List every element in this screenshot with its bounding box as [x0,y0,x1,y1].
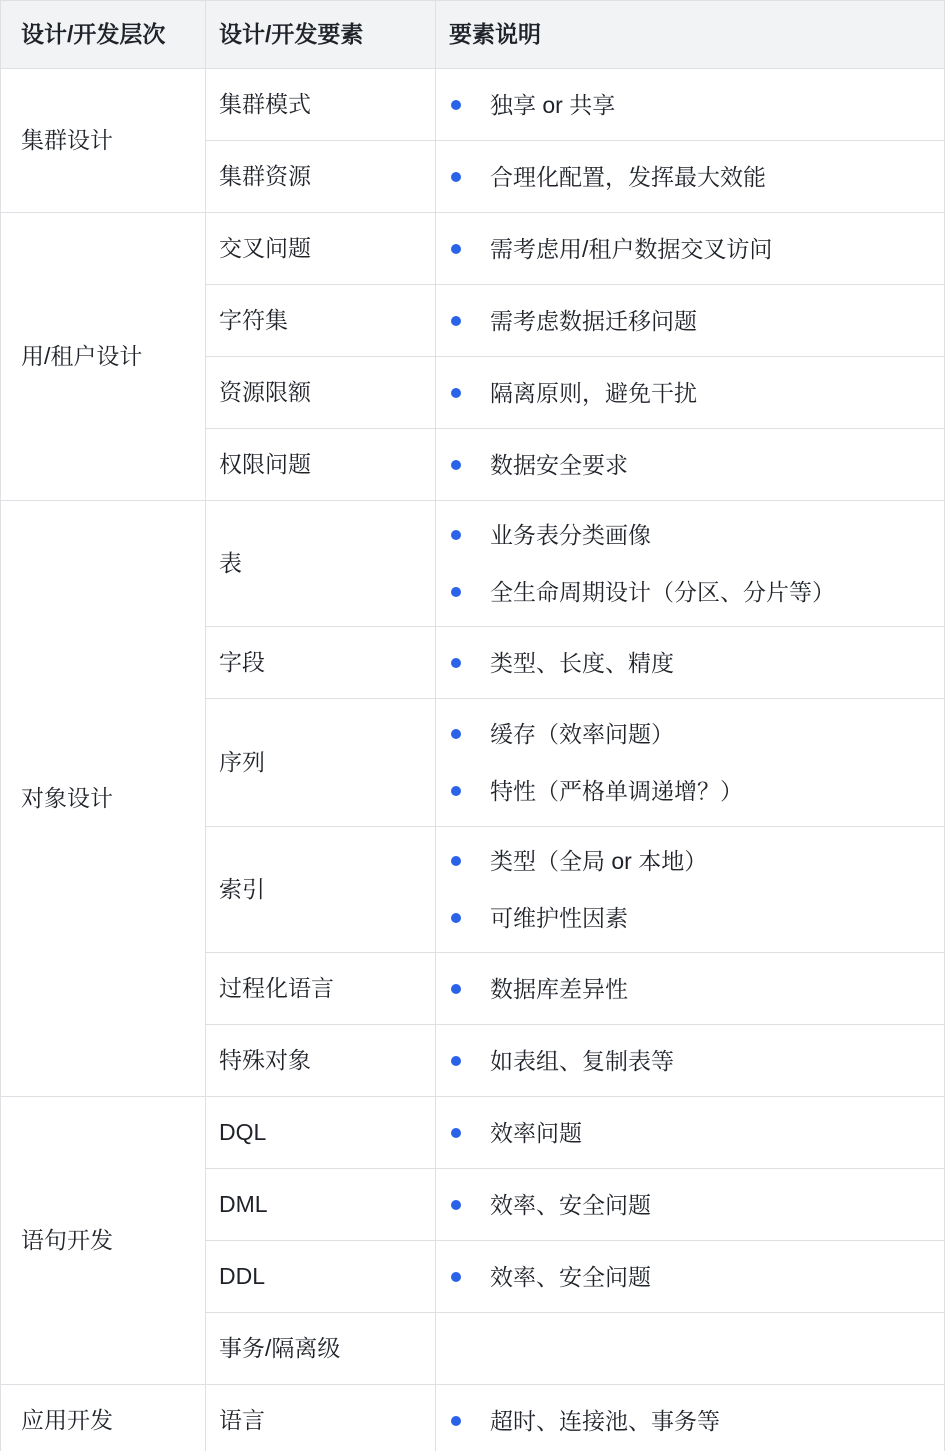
notes-cell: 合理化配置，发挥最大效能 [436,141,945,213]
note-item: 需考虑用/租户数据交叉访问 [436,229,934,269]
bullet-icon [451,388,461,398]
column-header-element: 设计/开发要素 [206,1,436,69]
note-text: 隔离原则，避免干扰 [490,373,697,413]
header-row: 设计/开发层次 设计/开发要素 要素说明 [1,1,945,69]
bullet-icon [451,1272,461,1282]
notes-cell-empty [436,1313,945,1385]
element-cell: DDL [206,1241,436,1313]
note-text: 业务表分类画像 [490,515,651,555]
table-row: 应用开发 语言 超时、连接池、事务等 [1,1385,945,1451]
note-item: 缓存（效率问题） [436,714,934,754]
bullet-icon [451,729,461,739]
element-cell: DQL [206,1097,436,1169]
note-text: 需考虑数据迁移问题 [490,301,697,341]
bullet-icon [451,244,461,254]
note-text: 独享 or 共享 [490,85,615,125]
layer-cell-user-tenant-design: 用/租户设计 [1,213,206,501]
notes-cell: 数据安全要求 [436,429,945,501]
note-text: 可维护性因素 [490,898,628,938]
notes-cell: 效率、安全问题 [436,1169,945,1241]
notes-cell: 数据库差异性 [436,953,945,1025]
notes-cell: 类型、长度、精度 [436,627,945,699]
bullet-icon [451,1200,461,1210]
note-item: 特性（严格单调递增？） [436,771,934,811]
layer-cell-object-design: 对象设计 [1,501,206,1097]
element-cell: 索引 [206,827,436,953]
notes-cell: 需考虑用/租户数据交叉访问 [436,213,945,285]
bullet-icon [451,658,461,668]
note-item: 数据安全要求 [436,445,934,485]
bullet-icon [451,984,461,994]
element-cell: 字段 [206,627,436,699]
element-cell: 交叉问题 [206,213,436,285]
note-text: 数据安全要求 [490,445,628,485]
note-text: 超时、连接池、事务等 [490,1401,720,1441]
note-text: 缓存（效率问题） [490,714,674,754]
note-item: 超时、连接池、事务等 [436,1401,934,1441]
bullet-icon [451,460,461,470]
note-text: 全生命周期设计（分区、分片等） [490,572,835,612]
notes-cell: 缓存（效率问题） 特性（严格单调递增？） [436,699,945,827]
note-text: 类型、长度、精度 [490,643,674,683]
note-item: 全生命周期设计（分区、分片等） [436,572,934,612]
table-row: 集群设计 集群模式 独享 or 共享 [1,69,945,141]
table-row: 用/租户设计 交叉问题 需考虑用/租户数据交叉访问 [1,213,945,285]
bullet-icon [451,587,461,597]
bullet-icon [451,1416,461,1426]
note-item: 需考虑数据迁移问题 [436,301,934,341]
bullet-icon [451,856,461,866]
bullet-icon [451,1128,461,1138]
notes-cell: 类型（全局 or 本地） 可维护性因素 [436,827,945,953]
note-text: 类型（全局 or 本地） [490,841,707,881]
element-cell: 资源限额 [206,357,436,429]
element-cell: 特殊对象 [206,1025,436,1097]
note-text: 效率、安全问题 [490,1257,651,1297]
element-cell: 过程化语言 [206,953,436,1025]
note-text: 特性（严格单调递增？） [490,771,743,811]
element-cell: 字符集 [206,285,436,357]
notes-cell: 隔离原则，避免干扰 [436,357,945,429]
bullet-icon [451,316,461,326]
note-text: 效率问题 [490,1113,582,1153]
table-row: 语句开发 DQL 效率问题 [1,1097,945,1169]
note-item: 数据库差异性 [436,969,934,1009]
notes-cell: 独享 or 共享 [436,69,945,141]
column-header-layer: 设计/开发层次 [1,1,206,69]
note-item: 类型、长度、精度 [436,643,934,683]
bullet-icon [451,172,461,182]
document-page: 设计/开发层次 设计/开发要素 要素说明 集群设计 集群模式 独享 or 共享 [0,0,947,1451]
note-item: 独享 or 共享 [436,85,934,125]
notes-cell: 效率、安全问题 [436,1241,945,1313]
note-item: 可维护性因素 [436,898,934,938]
element-cell: 表 [206,501,436,627]
layer-cell-application-dev: 应用开发 [1,1385,206,1451]
note-text: 需考虑用/租户数据交叉访问 [490,229,772,269]
note-item: 类型（全局 or 本地） [436,841,934,881]
design-dev-layer-table: 设计/开发层次 设计/开发要素 要素说明 集群设计 集群模式 独享 or 共享 [0,0,945,1451]
bullet-icon [451,786,461,796]
notes-cell: 业务表分类画像 全生命周期设计（分区、分片等） [436,501,945,627]
table-row: 对象设计 表 业务表分类画像 全生命周期设计（分区、分片等） [1,501,945,627]
note-text: 合理化配置，发挥最大效能 [490,157,766,197]
bullet-icon [451,100,461,110]
element-cell: 集群模式 [206,69,436,141]
note-item: 业务表分类画像 [436,515,934,555]
bullet-icon [451,1056,461,1066]
note-text: 效率、安全问题 [490,1185,651,1225]
note-item: 效率、安全问题 [436,1257,934,1297]
note-text: 如表组、复制表等 [490,1041,674,1081]
note-text: 数据库差异性 [490,969,628,1009]
note-item: 效率问题 [436,1113,934,1153]
note-item: 隔离原则，避免干扰 [436,373,934,413]
layer-cell-statement-dev: 语句开发 [1,1097,206,1385]
element-cell: DML [206,1169,436,1241]
element-cell: 集群资源 [206,141,436,213]
element-cell: 事务/隔离级 [206,1313,436,1385]
bullet-icon [451,913,461,923]
element-cell: 权限问题 [206,429,436,501]
element-cell: 序列 [206,699,436,827]
note-item: 效率、安全问题 [436,1185,934,1225]
bullet-icon [451,530,461,540]
notes-cell: 效率问题 [436,1097,945,1169]
notes-cell: 如表组、复制表等 [436,1025,945,1097]
notes-cell: 超时、连接池、事务等 [436,1385,945,1451]
note-item: 合理化配置，发挥最大效能 [436,157,934,197]
element-cell: 语言 [206,1385,436,1451]
notes-cell: 需考虑数据迁移问题 [436,285,945,357]
note-item: 如表组、复制表等 [436,1041,934,1081]
column-header-notes: 要素说明 [436,1,945,69]
layer-cell-cluster-design: 集群设计 [1,69,206,213]
